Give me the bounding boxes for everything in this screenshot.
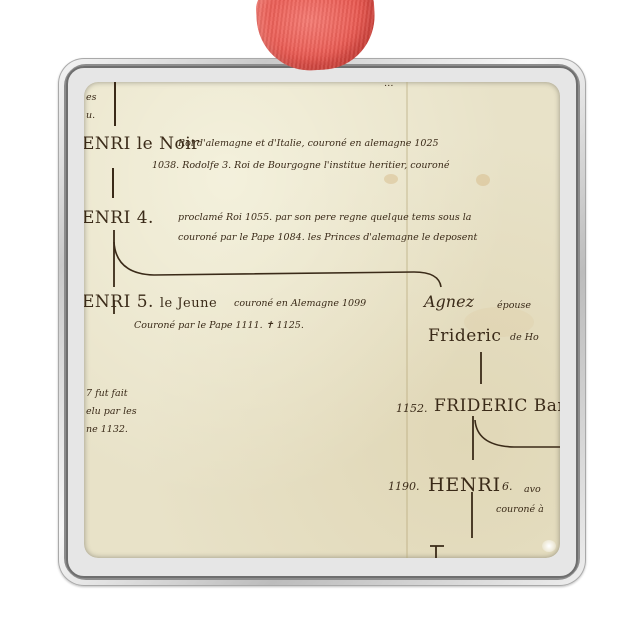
barbarossa-year: 1152. <box>396 402 428 415</box>
henri6-number: 6. <box>502 480 513 493</box>
margin-note-line3: ne 1132. <box>86 424 128 435</box>
agnes-name: Agnez <box>424 292 474 311</box>
manuscript-parchment: es u. … ENRI le Noir Roi d'alemagne et d… <box>84 82 560 558</box>
entry-henri-5-line1: couroné en Alemagne 1099 <box>234 298 366 309</box>
henri6-note1: avo <box>524 484 541 495</box>
entry-henri-5-line2: Couroné par le Pape 1111. ✝ 1125. <box>134 320 304 331</box>
glare-highlight <box>542 540 556 552</box>
agnes-note: épouse <box>497 300 531 311</box>
margin-note-line1: 7 fut fait <box>86 388 128 399</box>
margin-note-line2: elu par les <box>86 406 137 417</box>
entry-henri-5-name: ENRI 5. le Jeune <box>84 292 217 312</box>
henri6-name: HENRI <box>428 474 501 496</box>
barbarossa-name: FRIDERIC Bar <box>434 396 560 416</box>
frideric-note: de Ho <box>510 332 539 343</box>
frideric-name: Frideric <box>428 326 501 346</box>
henri6-note2: couroné à <box>496 504 544 515</box>
henri6-year: 1190. <box>388 480 420 493</box>
